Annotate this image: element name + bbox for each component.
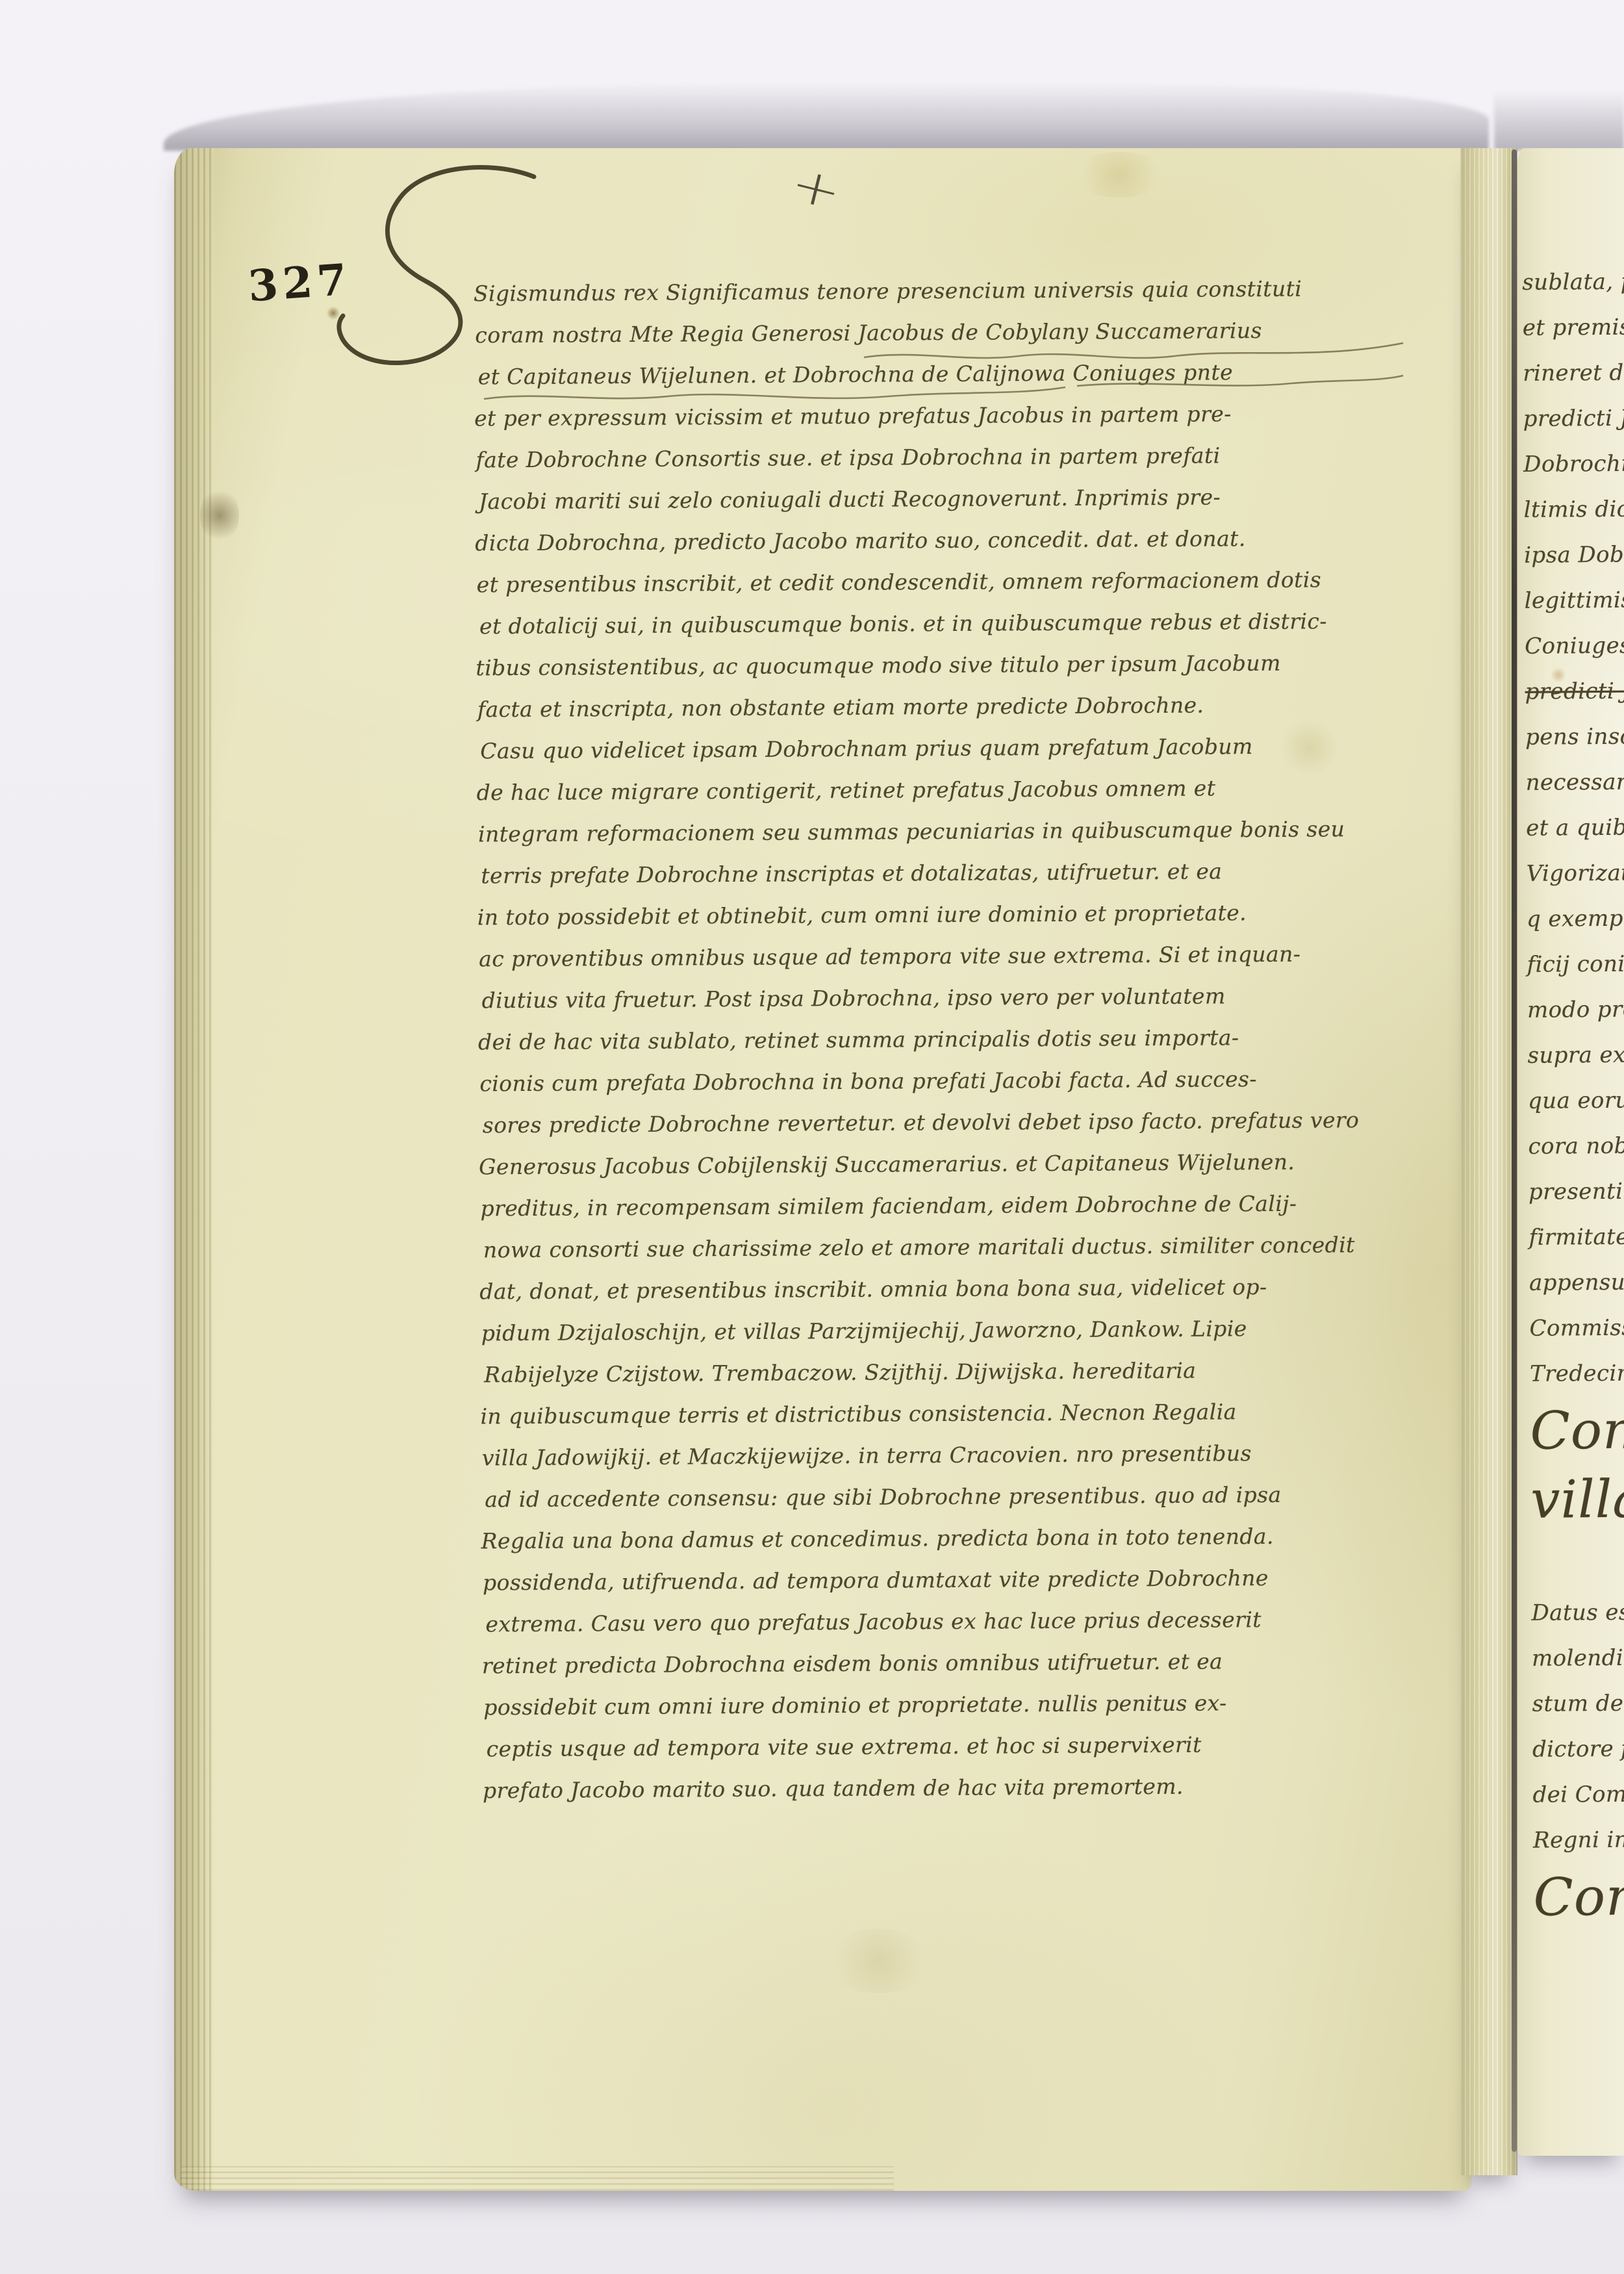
manuscript-line: in quibuscumque terris et districtibus c… — [480, 1390, 1417, 1438]
facing-page-line: Datus est Co — [1531, 1588, 1624, 1636]
facing-page-line — [1531, 1532, 1624, 1591]
manuscript-line: et presentibus inscribit, et cedit conde… — [477, 559, 1412, 606]
facing-page-line: et premissum ex — [1523, 303, 1624, 351]
manuscript-line: tibus consistentibus, ac quocumque modo … — [476, 642, 1412, 689]
facing-page-line: ipsa Dobrochna — [1524, 530, 1624, 578]
facing-page-line: sublata, pref — [1522, 257, 1624, 305]
manuscript-text: Sigismundus rex Significamus tenore pres… — [475, 268, 1419, 1812]
paper-stain — [1550, 668, 1567, 682]
manuscript-line: Casu quo videlicet ipsam Dobrochnam priu… — [480, 725, 1413, 773]
manuscript-line: retinet predicta Dobrochna eisdem bonis … — [482, 1640, 1419, 1687]
page-edge-stack-icon — [174, 148, 214, 2191]
manuscript-line: villa Jadowijkij. et Maczkijewijze. in t… — [482, 1432, 1417, 1479]
manuscript-line: ac proventibus omnibus usque ad tempora … — [479, 933, 1414, 980]
facing-page-line: molendinum in — [1532, 1633, 1624, 1681]
manuscript-line: ceptis usque ad tempora vite sue extrema… — [486, 1723, 1419, 1770]
facing-page-line: appensum, Da — [1529, 1258, 1624, 1306]
facing-page-line: legittimis dicti — [1524, 576, 1624, 624]
manuscript-line: possidebit cum omni iure dominio et prop… — [483, 1681, 1419, 1729]
manuscript-line: et dotalicij sui, in quibuscumque bonis.… — [479, 600, 1412, 648]
facing-page-line: supra expres — [1527, 1030, 1624, 1079]
facing-page-line: ficij coniugali — [1527, 939, 1624, 988]
facing-page-line: Commissionis ba — [1529, 1303, 1624, 1351]
manuscript-line: nowa consorti sue charissime zelo et amo… — [483, 1224, 1416, 1271]
manuscript-line: dei de hac vita sublato, retinet summa p… — [478, 1016, 1415, 1064]
paper-stain — [824, 1928, 934, 1993]
manuscript-line: et per expressum vicissim et mutuo prefa… — [474, 392, 1411, 440]
facing-page-line: villa S — [1530, 1463, 1624, 1535]
facing-page-line: stum de ma — [1532, 1679, 1624, 1727]
facing-page-line: q exemptio b — [1527, 894, 1624, 942]
manuscript-line: dicta Dobrochna, predicto Jacobo marito … — [475, 517, 1412, 565]
manuscript-line: extrema. Casu vero quo prefatus Jacobus … — [485, 1598, 1418, 1646]
facing-page-line: predicti Jacobi C — [1525, 667, 1624, 715]
facing-page-line: rineret debent — [1523, 348, 1624, 396]
manuscript-line: Regalia una bona damus et concedimus. pr… — [481, 1515, 1418, 1563]
manuscript-line: preditus, in recompensam similem faciend… — [480, 1182, 1415, 1230]
manuscript-line: integram reformacionem seu summas pecuni… — [478, 808, 1414, 856]
facing-page-line: dei Commissio — [1532, 1770, 1624, 1818]
gutter-shadow-line — [1512, 149, 1517, 2152]
book-gutter-page-edges — [1460, 148, 1517, 2175]
facing-page-line: pens inscriptio — [1525, 712, 1624, 760]
page-edge-stack-bottom-icon — [181, 2166, 894, 2191]
facing-page-line: presentibus rati — [1529, 1167, 1624, 1215]
manuscript-line: in toto possidebit et obtinebit, cum omn… — [477, 891, 1414, 939]
manuscript-line: prefato Jacobo marito suo. qua tandem de… — [483, 1765, 1419, 1812]
manuscript-line: dat, donat, et presentibus inscribit. om… — [479, 1266, 1416, 1313]
facing-page-line: Vigorizatum — [1526, 849, 1624, 897]
facing-page-line: dictore faszij — [1532, 1724, 1624, 1772]
manuscript-line: facta et inscripta, non obstante etiam m… — [477, 683, 1413, 731]
facing-page-line: Regni in te — [1533, 1815, 1624, 1863]
facing-page-text: sublata, prefet premissum exrineret debe… — [1522, 257, 1624, 1932]
cross-mark: + — [785, 155, 848, 222]
facing-page-line: Tredecimo — [1530, 1349, 1624, 1397]
facing-page: sublata, prefet premissum exrineret debe… — [1517, 148, 1624, 2156]
facing-page-line: et a quibuscu — [1526, 803, 1624, 851]
facing-page-line: cora nobis fa — [1528, 1121, 1624, 1169]
manuscript-line: possidenda, utifruenda. ad tempora dumta… — [483, 1557, 1418, 1604]
manuscript-line: coram nostra Mte Regia Generosi Jacobus … — [475, 309, 1410, 357]
facing-page-line: predicti Jacobi Co — [1523, 394, 1624, 442]
manuscript-line: et Capitaneus Wijelunen. et Dobrochna de… — [478, 351, 1411, 398]
paper-stain — [1071, 152, 1168, 198]
manuscript-line: terris prefate Dobrochne inscriptas et d… — [481, 850, 1414, 897]
manuscript-line: de hac luce migrare contigerit, retinet … — [476, 767, 1413, 814]
manuscript-line: sores predicte Dobrochne revertetur. et … — [483, 1099, 1415, 1147]
manuscript-line: cionis cum prefata Dobrochna in bona pre… — [479, 1058, 1415, 1105]
photograph: 327 + Sigismundus rex Significamus tenor… — [0, 0, 1624, 2274]
manuscript-line: Jacobi mariti sui zelo coniugali ducti R… — [479, 476, 1412, 523]
facing-page-line: Coniuges mutuo — [1525, 621, 1624, 669]
facing-page-line: Consensu — [1533, 1861, 1624, 1932]
manuscript-line: ad id accedente consensu: que sibi Dobro… — [485, 1474, 1417, 1521]
facing-page-line: firmitate habe — [1529, 1212, 1624, 1260]
manuscript-line: pidum Dzijaloschijn, et villas Parzijmij… — [481, 1307, 1417, 1355]
facing-page-line: necessaria fu — [1525, 758, 1624, 806]
facing-page-line: qua eorum tal — [1528, 1076, 1624, 1124]
facing-page-line: Consens — [1530, 1394, 1624, 1466]
facing-page-line: modo premisso — [1527, 985, 1624, 1033]
manuscript-line: Generosus Jacobus Cobijlenskij Succamera… — [479, 1141, 1415, 1188]
manuscript-line: Rabijelyze Czijstow. Trembaczow. Szijthi… — [484, 1349, 1417, 1396]
manuscript-page: 327 + Sigismundus rex Significamus tenor… — [174, 148, 1471, 2191]
manuscript-line: diutius vita fruetur. Post ipsa Dobrochn… — [481, 975, 1414, 1022]
manuscript-line: fate Dobrochne Consortis sue. et ipsa Do… — [476, 434, 1411, 481]
facing-page-line: ltimis dicti Ja — [1523, 485, 1624, 533]
manuscript-line: Sigismundus rex Significamus tenore pres… — [474, 268, 1410, 315]
facing-page-line: Dobrochna no — [1523, 439, 1624, 487]
